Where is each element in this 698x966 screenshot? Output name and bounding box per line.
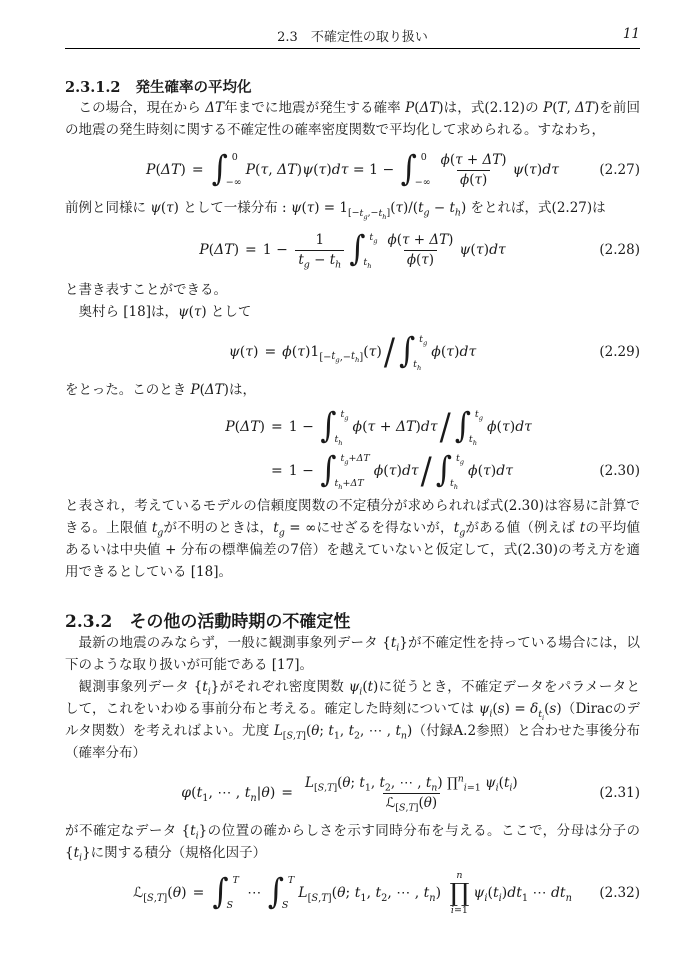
- paragraph-can-write: と書き表すことができる。: [65, 279, 640, 301]
- heading-2-3-1-2: 2.3.1.2発生確率の平均化: [65, 76, 640, 97]
- heading-title: その他の活動時期の不確定性: [129, 612, 350, 632]
- equation-2-30: P(ΔT)=1 − ∫tgthϕ(τ + ΔT)dτ/∫tgthϕ(τ)dτ=1…: [65, 405, 640, 493]
- running-header-title: 2.3不確定性の取り扱い: [65, 26, 640, 45]
- paragraph-uniform-dist: 前例と同様に ψ(τ) として一様分布 : ψ(τ) = 1[−tg,−th](…: [65, 197, 640, 219]
- equation-2-32: ℒ[S,T](θ)=∫TS ⋯ ∫TSL[S,T](θ; t1, t2, ⋯ ,…: [65, 870, 640, 916]
- page-body: 2.3.1.2発生確率の平均化 この場合，現在から ΔT年までに地震が発生する確…: [65, 76, 640, 916]
- paragraph-latest-eq: 最新の地震のみならず，一般に観測事象列データ {ti}が不確定性を持っている場合…: [65, 632, 640, 676]
- paragraph-intro: この場合，現在から ΔT年までに地震が発生する確率 P(ΔT)は，式(2.12)…: [65, 97, 640, 141]
- paragraph-joint-dist: が不確定なデータ {ti}の位置の確からしさを示す同時分布を与える。ここで，分母…: [65, 820, 640, 864]
- running-section-title: 不確定性の取り扱い: [311, 30, 428, 45]
- heading-title: 発生確率の平均化: [136, 80, 252, 96]
- paragraph-observed-series: 観測事象列データ {ti}がそれぞれ密度関数 ψi(t)に従うとき，不確定データ…: [65, 676, 640, 764]
- heading-number: 2.3.2: [65, 612, 112, 632]
- equation-2-31: φ(t1, ⋯ , tn|θ)=L[S,T](θ; t1, t2, ⋯ , tn…: [65, 770, 640, 816]
- running-header: 2.3不確定性の取り扱い 11: [65, 0, 640, 46]
- equation-2-28: P(ΔT)=1 − 1tg − th∫tgthϕ(τ + ΔT)ϕ(τ)ψ(τ)…: [65, 227, 640, 273]
- heading-number: 2.3.1.2: [65, 79, 121, 96]
- equation-2-29: ψ(τ)=ϕ(τ)1[−tg,−th](τ)/∫tgthϕ(τ)dτ(2.29): [65, 329, 640, 375]
- paragraph-okumura: 奥村ら [18]は，ψ(τ) として: [65, 301, 640, 323]
- paragraph-upper-limit: と表され，考えているモデルの信頼度関数の不定積分が求められれば式(2.30)は容…: [65, 495, 640, 583]
- header-rule: [65, 48, 640, 49]
- page-number: 11: [623, 26, 640, 42]
- document-page: 2.3不確定性の取り扱い 11 2.3.1.2発生確率の平均化 この場合，現在か…: [0, 0, 698, 966]
- heading-2-3-2: 2.3.2その他の活動時期の不確定性: [65, 607, 640, 632]
- equation-2-27: P(ΔT)=∫0−∞P(τ, ΔT)ψ(τ)dτ = 1 − ∫0−∞ϕ(τ +…: [65, 147, 640, 193]
- paragraph-totta: をとった。このとき P(ΔT)は，: [65, 379, 640, 401]
- running-section-number: 2.3: [277, 30, 298, 45]
